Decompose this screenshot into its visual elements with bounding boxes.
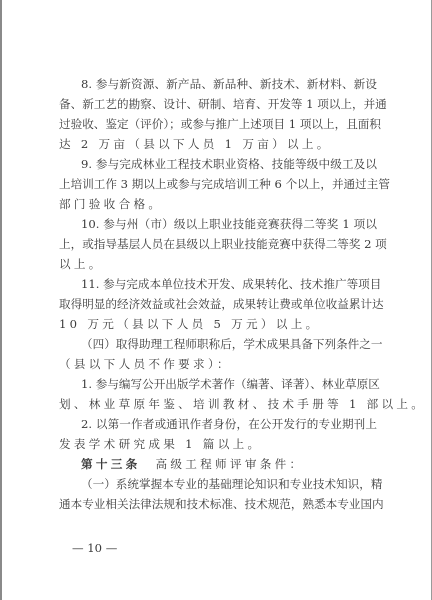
document-page: 8. 参与新资源、新产品、新品种、新技术、新材料、新设备、新工艺的勘察、设计、研… [0, 0, 432, 600]
text-line: 取得明显的经济效益或社会效益，成果转让费或单位收益累计达 [59, 294, 377, 314]
text-line: （县以下人员不作要求）： [59, 354, 377, 374]
text-line: 划、林业草原年鉴、培训教材、技术手册等 1 部以上。 [59, 394, 377, 414]
text-line: 以上。 [59, 254, 377, 274]
text-line: 达 2 万亩（县以下人员 1 万亩）以上。 [59, 134, 377, 154]
text-line: （四）取得助理工程师职称后，学术成果具备下列条件之一 [59, 334, 377, 354]
text-line: 通本专业相关法律法规和技术标准、技术规范，熟悉本专业国内 [59, 494, 377, 514]
article-heading: 第十三条 [81, 457, 141, 471]
document-body: 8. 参与新资源、新产品、新品种、新技术、新材料、新设备、新工艺的勘察、设计、研… [59, 74, 377, 514]
text-line: 1. 参与编写公开出版学术著作（编著、译著）、林业草原区 [59, 374, 377, 394]
page-number: — 10 — [72, 538, 117, 558]
text-line: 部门验收合格。 [59, 194, 377, 214]
text-line: 11. 参与完成本单位技术开发、成果转化、技术推广等项目 [59, 274, 377, 294]
text-line: 10. 参与州（市）级以上职业技能竞赛获得二等奖 1 项以 [59, 214, 377, 234]
text-line: 上，或指导基层人员在县级以上职业技能竞赛中获得二等奖 2 项 [59, 234, 377, 254]
text-line: 8. 参与新资源、新产品、新品种、新技术、新材料、新设 [59, 74, 377, 94]
text-line: 上培训工作 3 期以上或参与完成培训工种 6 个以上，并通过主管 [59, 174, 377, 194]
text-line: 10 万元（县以下人员 5 万元）以上。 [59, 314, 377, 334]
text-line: （一）系统掌握本专业的基础理论知识和专业技术知识，精 [59, 474, 377, 494]
text-line: 发表学术研究成果 1 篇以上。 [59, 434, 377, 454]
text-line: 9. 参与完成林业工程技术职业资格、技能等级中级工及以 [59, 154, 377, 174]
article-heading-text: 高级工程师评审条件： [141, 457, 305, 471]
text-line: 2. 以第一作者或通讯作者身份，在公开发行的专业期刊上 [59, 414, 377, 434]
text-line: 第十三条 高级工程师评审条件： [59, 454, 377, 474]
text-line: 备、新工艺的勘察、设计、研制、培育、开发等 1 项以上，并通 [59, 94, 377, 114]
text-line: 过验收、鉴定（评价）；或参与推广上述项目 1 项以上，且面积 [59, 114, 377, 134]
